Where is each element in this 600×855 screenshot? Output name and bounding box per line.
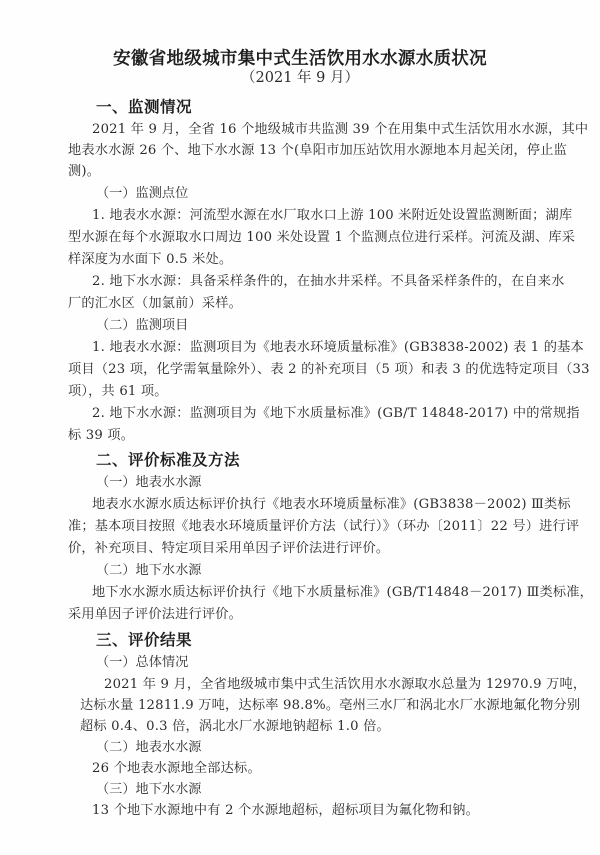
paragraph-line: 型水源在每个水源取水口周边 100 米处设置 1 个监测点位进行采样。河流及湖、… bbox=[68, 229, 575, 247]
subsection-heading-monitoring-points: （一）监测点位 bbox=[96, 185, 188, 203]
subsection-heading-monitoring-items: （二）监测项目 bbox=[96, 317, 188, 335]
subsection-heading-groundwater: （二）地下水水源 bbox=[96, 562, 202, 580]
paragraph-line: 达标水量 12811.9 万吨，达标率 98.8%。亳州三水厂和涡北水厂水源地氟… bbox=[80, 697, 580, 715]
subsection-heading-overall: （一）总体情况 bbox=[96, 654, 188, 672]
document-title: 安徽省地级城市集中式生活饮用水水源水质状况 bbox=[0, 48, 600, 70]
paragraph-line: 1. 地表水水源：河流型水源在水厂取水口上游 100 米附近处设置监测断面；湖库 bbox=[92, 207, 572, 225]
paragraph-line: 价，补充项目、特定项目采用单因子评价法进行评价。 bbox=[68, 540, 389, 558]
paragraph-line: 测)。 bbox=[68, 163, 100, 181]
section-heading-evaluation-standards: 二、评价标准及方法 bbox=[96, 450, 240, 470]
paragraph-line: 2021 年 9 月，全省 16 个地级城市共监测 39 个在用集中式生活饮用水… bbox=[92, 121, 588, 139]
subsection-heading-groundwater-results: （三）地下水水源 bbox=[96, 781, 202, 799]
subsection-heading-surface-results: （二）地表水水源 bbox=[96, 739, 202, 757]
paragraph-line: 厂的汇水区（加氯前）采样。 bbox=[68, 295, 242, 313]
section-heading-monitoring: 一、监测情况 bbox=[96, 97, 192, 117]
paragraph-line: 地表水水源水质达标评价执行《地表水环境质量标准》(GB3838－2002) Ⅲ类… bbox=[92, 496, 571, 514]
paragraph-line: 准；基本项目按照《地表水环境质量评价方法（试行）》（环办〔2011〕22 号）进… bbox=[68, 518, 579, 536]
section-heading-results: 三、评价结果 bbox=[96, 630, 192, 650]
paragraph-line: 13 个地下水源地中有 2 个水源地超标，超标项目为氟化物和钠。 bbox=[92, 802, 479, 820]
paragraph-line: 2021 年 9 月，全省地级城市集中式生活饮用水水源取水总量为 12970.9… bbox=[104, 676, 586, 694]
paragraph-line: 地下水水源水质达标评价执行《地下水质量标准》(GB/T14848－2017) Ⅲ… bbox=[92, 584, 593, 602]
paragraph-line: 采用单因子评价法进行评价。 bbox=[68, 606, 242, 624]
document-page: 安徽省地级城市集中式生活饮用水水源水质状况 （2021 年 9 月） 一、监测情… bbox=[0, 0, 600, 855]
paragraph-line: 地表水水源 26 个、地下水水源 13 个(阜阳市加压站饮用水源地本月起关闭，停… bbox=[68, 142, 567, 160]
paragraph-line: 超标 0.4、0.3 倍，涡北水厂水源地钠超标 1.0 倍。 bbox=[80, 718, 390, 736]
paragraph-line: 项目（23 项，化学需氧量除外）、表 2 的补充项目（5 项）和表 3 的优选特… bbox=[68, 361, 590, 379]
subsection-heading-surface-water: （一）地表水水源 bbox=[96, 474, 202, 492]
paragraph-line: 26 个地表水源地全部达标。 bbox=[92, 760, 261, 778]
paragraph-line: 项），共 61 项。 bbox=[68, 383, 168, 401]
paragraph-line: 样深度为水面下 0.5 米处。 bbox=[68, 251, 232, 269]
paragraph-line: 标 39 项。 bbox=[68, 427, 134, 445]
paragraph-line: 2. 地下水水源：具备采样条件的，在抽水井采样。不具备采样条件的，在自来水 bbox=[92, 273, 565, 291]
paragraph-line: 1. 地表水水源：监测项目为《地表水环境质量标准》(GB3838-2002) 表… bbox=[92, 339, 584, 357]
document-subtitle: （2021 年 9 月） bbox=[0, 68, 600, 88]
paragraph-line: 2. 地下水水源：监测项目为《地下水质量标准》(GB/T 14848-2017)… bbox=[92, 405, 580, 423]
